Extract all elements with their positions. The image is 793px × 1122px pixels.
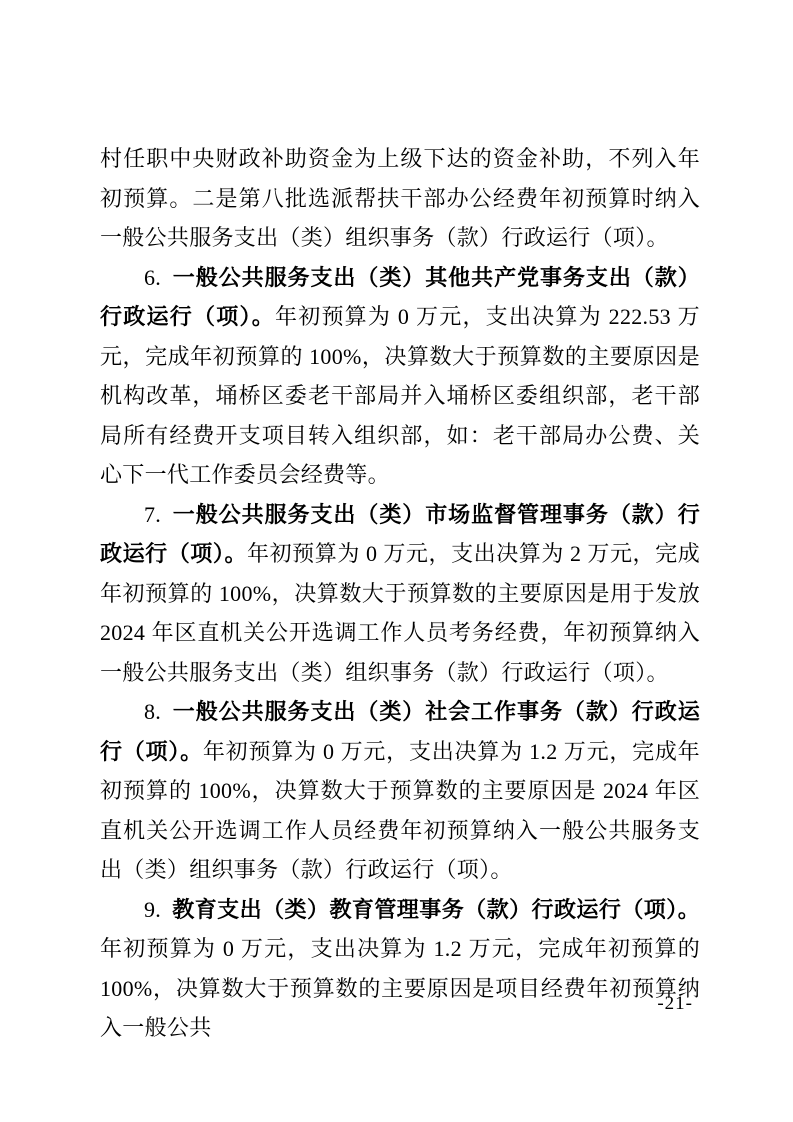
item-9-body: 年初预算为 0 万元，支出决算为 1.2 万元，完成年初预算的 100%，决算数… <box>100 936 700 1040</box>
paragraph-item-8: 8.一般公共服务支出（类）社会工作事务（款）行政运行（项）。年初预算为 0 万元… <box>100 692 700 890</box>
paragraph-item-6: 6.一般公共服务支出（类）其他共产党事务支出（款）行政运行（项）。年初预算为 0… <box>100 258 700 495</box>
paragraph-continuation: 村任职中央财政补助资金为上级下达的资金补助，不列入年初预算。二是第八批选派帮扶干… <box>100 139 700 258</box>
item-6-body: 年初预算为 0 万元，支出决算为 222.53 万元，完成年初预算的 100%，… <box>100 304 700 487</box>
item-9-number: 9. <box>144 897 161 922</box>
paragraph-item-9: 9.教育支出（类）教育管理事务（款）行政运行（项）。年初预算为 0 万元，支出决… <box>100 890 700 1048</box>
item-7-number: 7. <box>144 502 161 527</box>
item-6-number: 6. <box>144 265 161 290</box>
page-body: 村任职中央财政补助资金为上级下达的资金补助，不列入年初预算。二是第八批选派帮扶干… <box>100 139 700 1048</box>
item-9-heading: 教育支出（类）教育管理事务（款）行政运行（项）。 <box>172 897 700 922</box>
document-page: 村任职中央财政补助资金为上级下达的资金补助，不列入年初预算。二是第八批选派帮扶干… <box>0 0 793 1122</box>
page-number: -21- <box>657 993 693 1015</box>
paragraph-item-7: 7.一般公共服务支出（类）市场监督管理事务（款）行政运行（项）。年初预算为 0 … <box>100 495 700 693</box>
item-8-number: 8. <box>144 699 161 724</box>
